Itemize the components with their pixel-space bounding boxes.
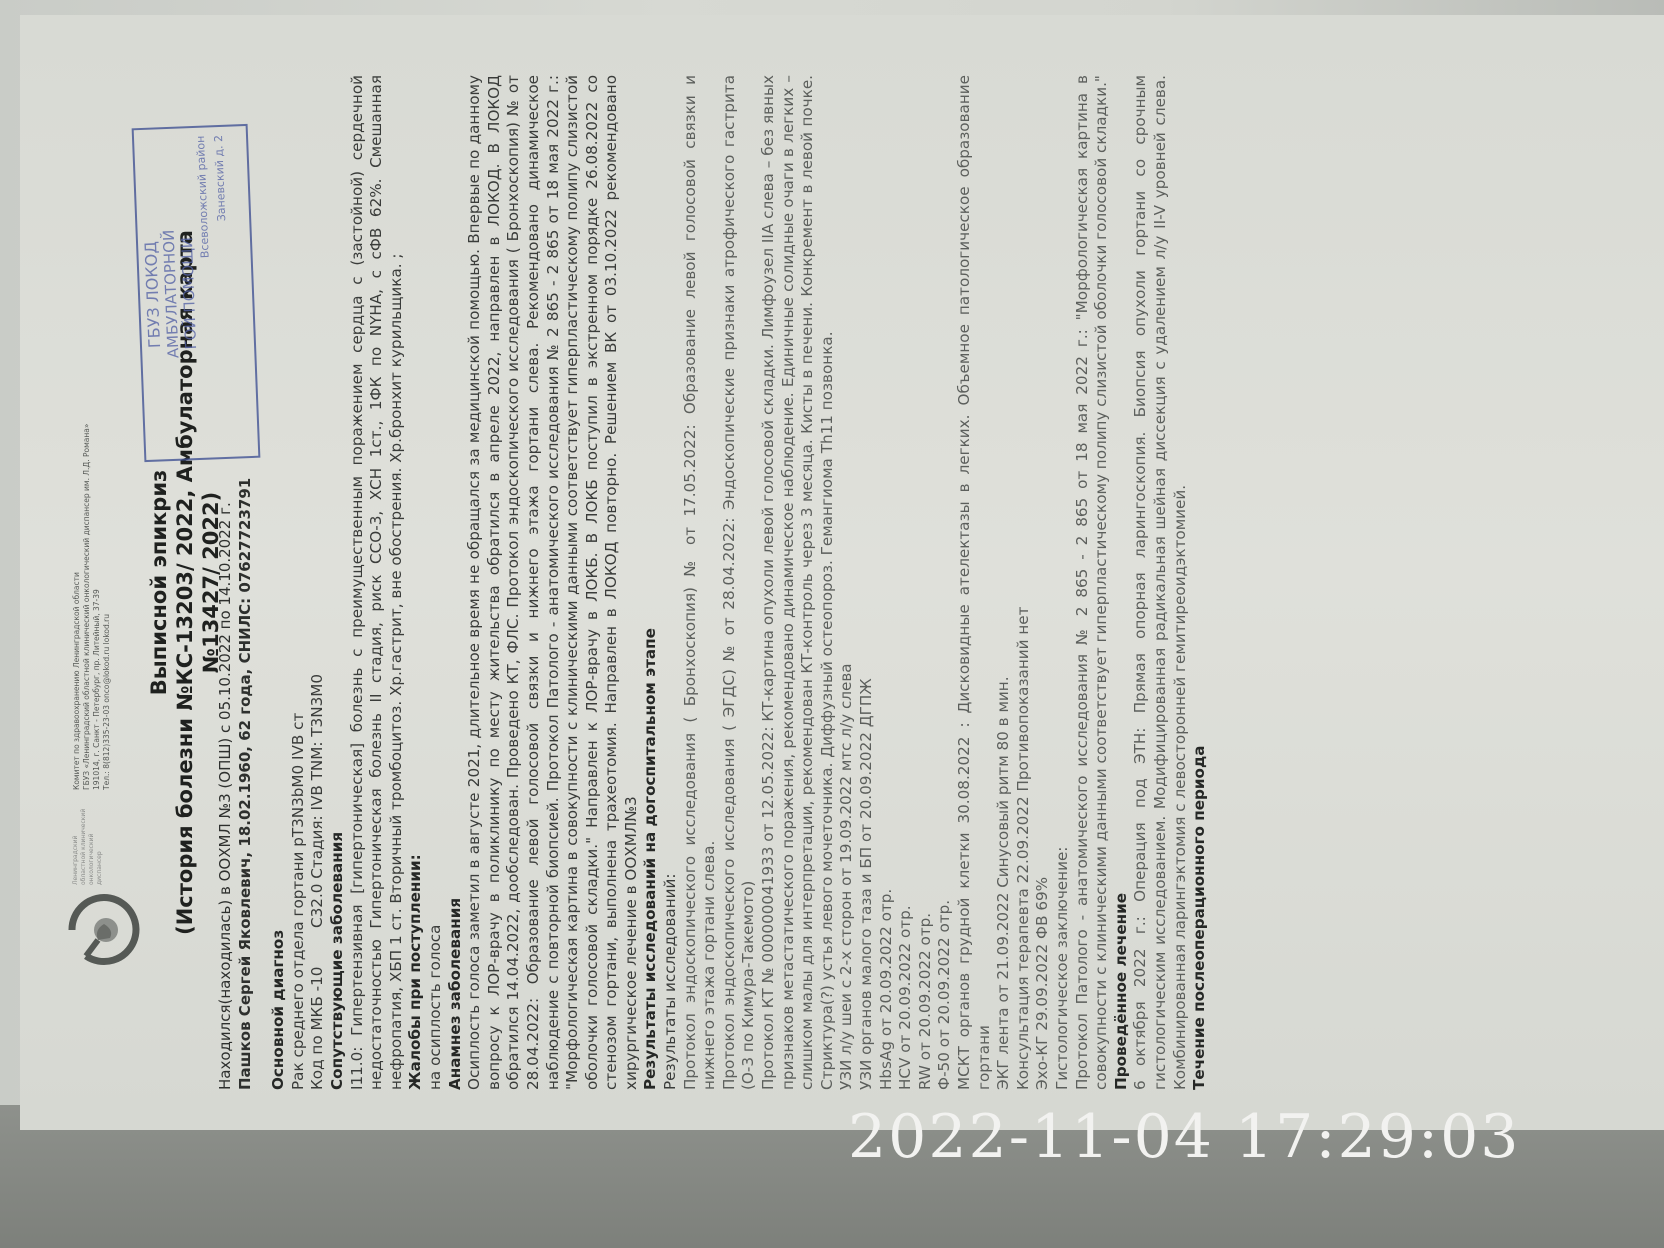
result-item: ЭКГ лента от 21.09.2022 Синусовый ритм 8… (994, 75, 1014, 1090)
discharge-summary-page: Ленинградский областной клинический онко… (20, 15, 1664, 1130)
org-line: Тел.: 8(812)335-23-03 onco@lokod.ru loko… (102, 424, 112, 790)
section-heading: Результаты исследований на догоспитально… (641, 75, 661, 1090)
section-main-diagnosis: Основной диагноз Рак среднего отдела гор… (269, 75, 328, 1090)
anamnesis-text: Осиплость голоса заметил в августе 2021,… (465, 75, 641, 1090)
result-item: Консультация терапевта 22.09.2022 Против… (1014, 75, 1034, 1090)
section-heading: Анамнез заболевания (446, 75, 466, 1090)
section-comorbidities: Сопутствующие заболевания I11.0: Гиперте… (328, 75, 406, 1090)
section-anamnesis: Анамнез заболевания Осиплость голоса зам… (446, 75, 642, 1090)
section-heading: Течение послеоперационного периода (1190, 75, 1210, 1090)
result-item: HbsAg от 20.09.2022 отр. (877, 75, 897, 1090)
comorbidities-text: I11.0: Гипертензивная [гипертоническая] … (348, 75, 407, 1090)
institution-stamp: ГБУЗ ЛОКОД АМБУЛАТОРНОЙ ГОЙ ПОМОЩИ Всево… (132, 124, 261, 462)
result-item: Протокол Патолого - анатомического иссле… (1073, 75, 1112, 1090)
treatment-text: 6 октября 2022 г.: Операция под ЭТН: Пря… (1131, 75, 1190, 1090)
section-heading: Сопутствующие заболевания (328, 75, 348, 1090)
section-treatment: Проведённое лечение 6 октября 2022 г.: О… (1112, 75, 1190, 1090)
result-item: Протокол эндоскопического исследования (… (681, 75, 720, 1090)
diagnosis-line: Рак среднего отдела гортани pT3N3bM0 IVB… (289, 75, 309, 1090)
org-line: ГБУЗ «Ленинградский областной клинически… (82, 424, 92, 790)
result-item: УЗИ л/у шеи с 2-х сторон от 19.09.2022 м… (837, 75, 857, 1090)
org-line: Комитет по здравоохранению Ленинградской… (72, 424, 82, 790)
document-photo: Ленинградский областной клинический онко… (0, 0, 1664, 1248)
section-heading: Жалобы при поступлении: (406, 75, 426, 1090)
section-prehospital-results: Результаты исследований на догоспитально… (641, 75, 1111, 1090)
result-item: Протокол КТ № 000000041933 от 12.05.2022… (759, 75, 837, 1090)
result-item: Протокол эндоскопического исследования (… (720, 75, 759, 1090)
section-postop: Течение послеоперационного периода (1190, 75, 1210, 1090)
org-line: 191014, г. Санкт - Петербург, пр. Литейн… (92, 424, 102, 790)
section-subheading: Результаты исследований: (661, 75, 681, 1090)
result-item: RW от 20.09.2022 отр. (916, 75, 936, 1090)
result-item: Ф-50 от 20.09.2022 отр. (935, 75, 955, 1090)
result-item: Гистологическое заключение: (1053, 75, 1073, 1090)
section-heading: Основной диагноз (269, 75, 289, 1090)
logo-caption: Ленинградский областной клинический онко… (72, 805, 104, 885)
letterhead: Ленинградский областной клинический онко… (58, 75, 208, 1090)
icd-code-line: Код по МКБ -10 C32.0 Стадия: IVB TNM: T3… (308, 75, 328, 1090)
result-item: HCV от 20.09.2022 отр. (896, 75, 916, 1090)
section-heading: Проведённое лечение (1112, 75, 1132, 1090)
result-item: УЗИ органов малого таза и БП от 20.09.20… (857, 75, 877, 1090)
photo-timestamp: 2022-11-04 17:29:03 (848, 1102, 1520, 1172)
result-item: МСКТ органов грудной клетки 30.08.2022 :… (955, 75, 994, 1090)
complaints-text: на осиплость голоса (426, 75, 446, 1090)
result-item: Эхо-КГ 29.09.2022 ФВ 69% (1033, 75, 1053, 1090)
hospital-logo-icon (64, 890, 144, 970)
organization-details: Комитет по здравоохранению Ленинградской… (72, 424, 112, 790)
section-complaints: Жалобы при поступлении: на осиплость гол… (406, 75, 445, 1090)
